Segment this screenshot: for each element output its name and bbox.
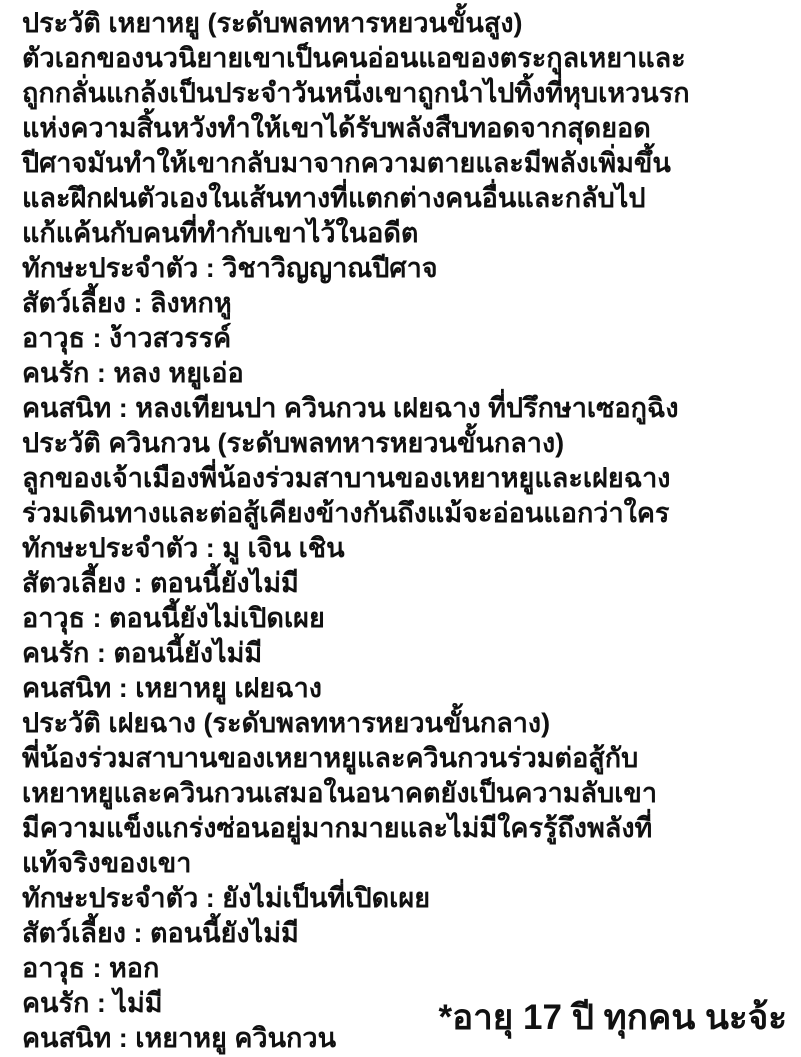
attribute-skill: ทักษะประจำตัว : วิชาวิญญาณปีศาจ	[22, 251, 787, 286]
attribute-lover: คนรัก : ตอนนี้ยังไม่มี	[22, 636, 787, 671]
attribute-weapon: อาวุธ : ตอนนี้ยังไม่เปิดเผย	[22, 601, 787, 636]
description-line: ปีศาจมันทำให้เขากลับมาจากความตายและมีพลั…	[22, 146, 787, 181]
description-line: แก้แค้นกับคนที่ทำกับเขาไว้ในอดีต	[22, 216, 787, 251]
age-footnote: *อายุ 17 ปี ทุกคน นะจ้ะ	[439, 993, 787, 1043]
attribute-pet: สัตว์เลี้ยง : ลิงหกหู	[22, 286, 787, 321]
attribute-close-friends: คนสนิท : หลงเทียนปา ควินกวน เฝยฉาง ที่ปร…	[22, 391, 787, 426]
description-line: แท้จริงของเขา	[22, 846, 787, 881]
description-line: และฝึกฝนตัวเองในเส้นทางที่แตกต่างคนอื่นแ…	[22, 181, 787, 216]
description-line: ถูกกลั่นแกล้งเป็นประจำวันหนึ่งเขาถูกนำไป…	[22, 76, 787, 111]
character-profile-document: ประวัติ เหยาหยู (ระดับพลทหารหยวนขั้นสูง)…	[22, 6, 787, 1056]
attribute-pet: สัตวเลี้ยง : ตอนนี้ยังไม่มี	[22, 566, 787, 601]
attribute-skill: ทักษะประจำตัว : ยังไม่เป็นที่เปิดเผย	[22, 881, 787, 916]
description-line: ร่วมเดินทางและต่อสู้เคียงข้างกันถึงแม้จะ…	[22, 496, 787, 531]
description-line: ลูกของเจ้าเมืองพี่น้องร่วมสาบานของเหยาหย…	[22, 461, 787, 496]
attribute-close-friends: คนสนิท : เหยาหยู เฝยฉาง	[22, 671, 787, 706]
description-line: แห่งความสิ้นหวังทำให้เขาได้รับพลังสืบทอด…	[22, 111, 787, 146]
section-title-feichang: ประวัติ เฝยฉาง (ระดับพลทหารหยวนขั้นกลาง)	[22, 706, 787, 741]
attribute-weapon: อาวุธ : หอก	[22, 951, 787, 986]
section-title-yaoyu: ประวัติ เหยาหยู (ระดับพลทหารหยวนขั้นสูง)	[22, 6, 787, 41]
attribute-weapon: อาวุธ : ง้าวสวรรค์	[22, 321, 787, 356]
attribute-pet: สัตว์เลี้ยง : ตอนนี้ยังไม่มี	[22, 916, 787, 951]
description-line: มีความแข็งแกร่งซ่อนอยู่มากมายและไม่มีใคร…	[22, 811, 787, 846]
section-title-quinguan: ประวัติ ควินกวน (ระดับพลทหารหยวนขั้นกลาง…	[22, 426, 787, 461]
description-line: เหยาหยูและควินกวนเสมอในอนาคตยังเป็นความล…	[22, 776, 787, 811]
attribute-lover: คนรัก : หลง หยูเอ่อ	[22, 356, 787, 391]
description-line: ตัวเอกของนวนิยายเขาเป็นคนอ่อนแอของตระกูล…	[22, 41, 787, 76]
attribute-skill: ทักษะประจำตัว : มู เจิน เชิน	[22, 531, 787, 566]
description-line: พี่น้องร่วมสาบานของเหยาหยูและควินกวนร่วม…	[22, 741, 787, 776]
